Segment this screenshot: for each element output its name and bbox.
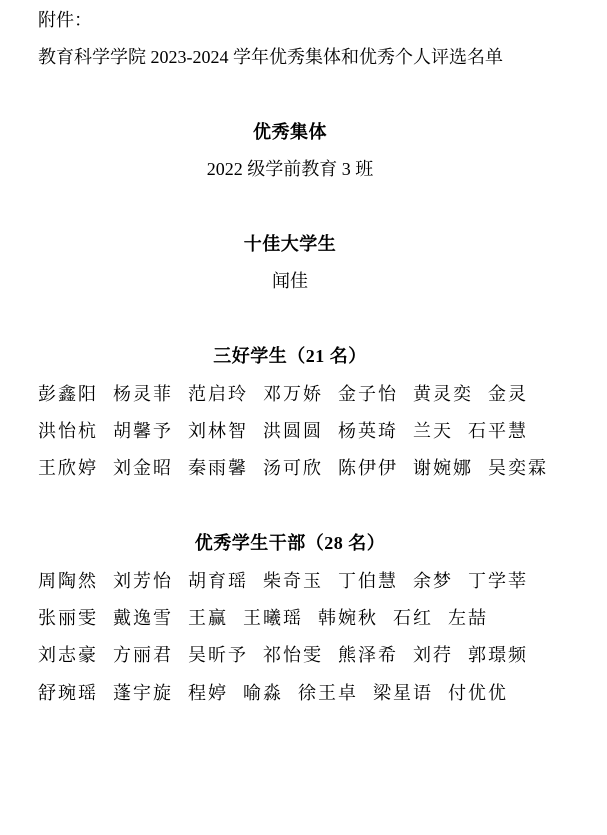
heading-three-good-students: 三好学生（21 名） <box>38 337 542 374</box>
student-name: 范启玲 <box>188 380 248 406</box>
student-name: 黄灵奕 <box>413 380 473 406</box>
student-name: 徐王卓 <box>298 679 358 705</box>
student-name: 洪圆圆 <box>263 417 323 443</box>
student-name: 方丽君 <box>113 641 173 667</box>
student-name: 郭璟频 <box>468 641 528 667</box>
student-name: 韩婉秋 <box>318 604 378 630</box>
student-name: 蓬宇旋 <box>113 679 173 705</box>
spacer <box>38 75 542 112</box>
student-name: 石红 <box>393 604 433 630</box>
student-name: 丁学莘 <box>468 567 528 593</box>
student-name: 王欣婷 <box>38 454 98 480</box>
name-row: 彭鑫阳 杨灵菲 范启玲 邓万娇 金子怡 黄灵奕 金灵 <box>38 374 542 411</box>
student-name: 左喆 <box>448 604 488 630</box>
student-name: 张丽雯 <box>38 604 98 630</box>
student-name: 程婷 <box>188 679 228 705</box>
name-row: 洪怡杭 胡馨予 刘林智 洪圆圆 杨英琦 兰天 石平慧 <box>38 411 542 448</box>
student-name: 金灵 <box>488 380 528 406</box>
document-page: 附件： 教育科学学院 2023-2024 学年优秀集体和优秀个人评选名单 优秀集… <box>0 0 607 835</box>
student-name: 汤可欣 <box>263 454 323 480</box>
student-name: 梁星语 <box>373 679 433 705</box>
student-name: 谢婉娜 <box>413 454 473 480</box>
heading-excellent-student-cadres: 优秀学生干部（28 名） <box>38 523 542 560</box>
name-row: 周陶然 刘芳怡 胡育瑶 柴奇玉 丁伯慧 余梦 丁学莘 <box>38 561 542 598</box>
student-name: 喻淼 <box>243 679 283 705</box>
name-row: 舒琬瑶 蓬宇旋 程婷 喻淼 徐王卓 梁星语 付优优 <box>38 673 542 710</box>
excellent-collective-recipient: 2022 级学前教育 3 班 <box>38 150 542 187</box>
student-name: 王赢 <box>188 604 228 630</box>
student-name: 刘林智 <box>188 417 248 443</box>
student-name: 秦雨馨 <box>188 454 248 480</box>
attachment-label: 附件： <box>38 0 542 37</box>
student-name: 兰天 <box>413 417 453 443</box>
name-row: 刘志豪 方丽君 吴昕予 祁怡雯 熊泽希 刘荇 郭璟频 <box>38 636 542 673</box>
student-name: 邓万娇 <box>263 380 323 406</box>
student-name: 祁怡雯 <box>263 641 323 667</box>
student-name: 刘芳怡 <box>113 567 173 593</box>
student-name: 戴逸雪 <box>113 604 173 630</box>
student-name: 王曦瑶 <box>243 604 303 630</box>
spacer <box>38 187 542 224</box>
student-name: 刘荇 <box>413 641 453 667</box>
student-name: 金子怡 <box>338 380 398 406</box>
student-name: 胡育瑶 <box>188 567 248 593</box>
student-name: 吴奕霖 <box>488 454 548 480</box>
student-name: 付优优 <box>448 679 508 705</box>
student-name: 杨灵菲 <box>113 380 173 406</box>
spacer <box>38 486 542 523</box>
student-name: 刘金昭 <box>113 454 173 480</box>
name-row: 王欣婷 刘金昭 秦雨馨 汤可欣 陈伊伊 谢婉娜 吴奕霖 <box>38 449 542 486</box>
document-title: 教育科学学院 2023-2024 学年优秀集体和优秀个人评选名单 <box>38 37 542 74</box>
student-name: 柴奇玉 <box>263 567 323 593</box>
heading-top-ten-students: 十佳大学生 <box>38 224 542 261</box>
student-name: 刘志豪 <box>38 641 98 667</box>
student-name: 余梦 <box>413 567 453 593</box>
heading-excellent-collective: 优秀集体 <box>38 112 542 149</box>
top-ten-students-recipient: 闻佳 <box>38 262 542 299</box>
student-name: 杨英琦 <box>338 417 398 443</box>
student-name: 周陶然 <box>38 567 98 593</box>
student-name: 陈伊伊 <box>338 454 398 480</box>
student-name: 舒琬瑶 <box>38 679 98 705</box>
student-name: 熊泽希 <box>338 641 398 667</box>
student-name: 吴昕予 <box>188 641 248 667</box>
spacer <box>38 299 542 336</box>
student-name: 洪怡杭 <box>38 417 98 443</box>
student-name: 石平慧 <box>468 417 528 443</box>
name-row: 张丽雯 戴逸雪 王赢 王曦瑶 韩婉秋 石红 左喆 <box>38 598 542 635</box>
student-name: 丁伯慧 <box>338 567 398 593</box>
student-name: 彭鑫阳 <box>38 380 98 406</box>
student-name: 胡馨予 <box>113 417 173 443</box>
